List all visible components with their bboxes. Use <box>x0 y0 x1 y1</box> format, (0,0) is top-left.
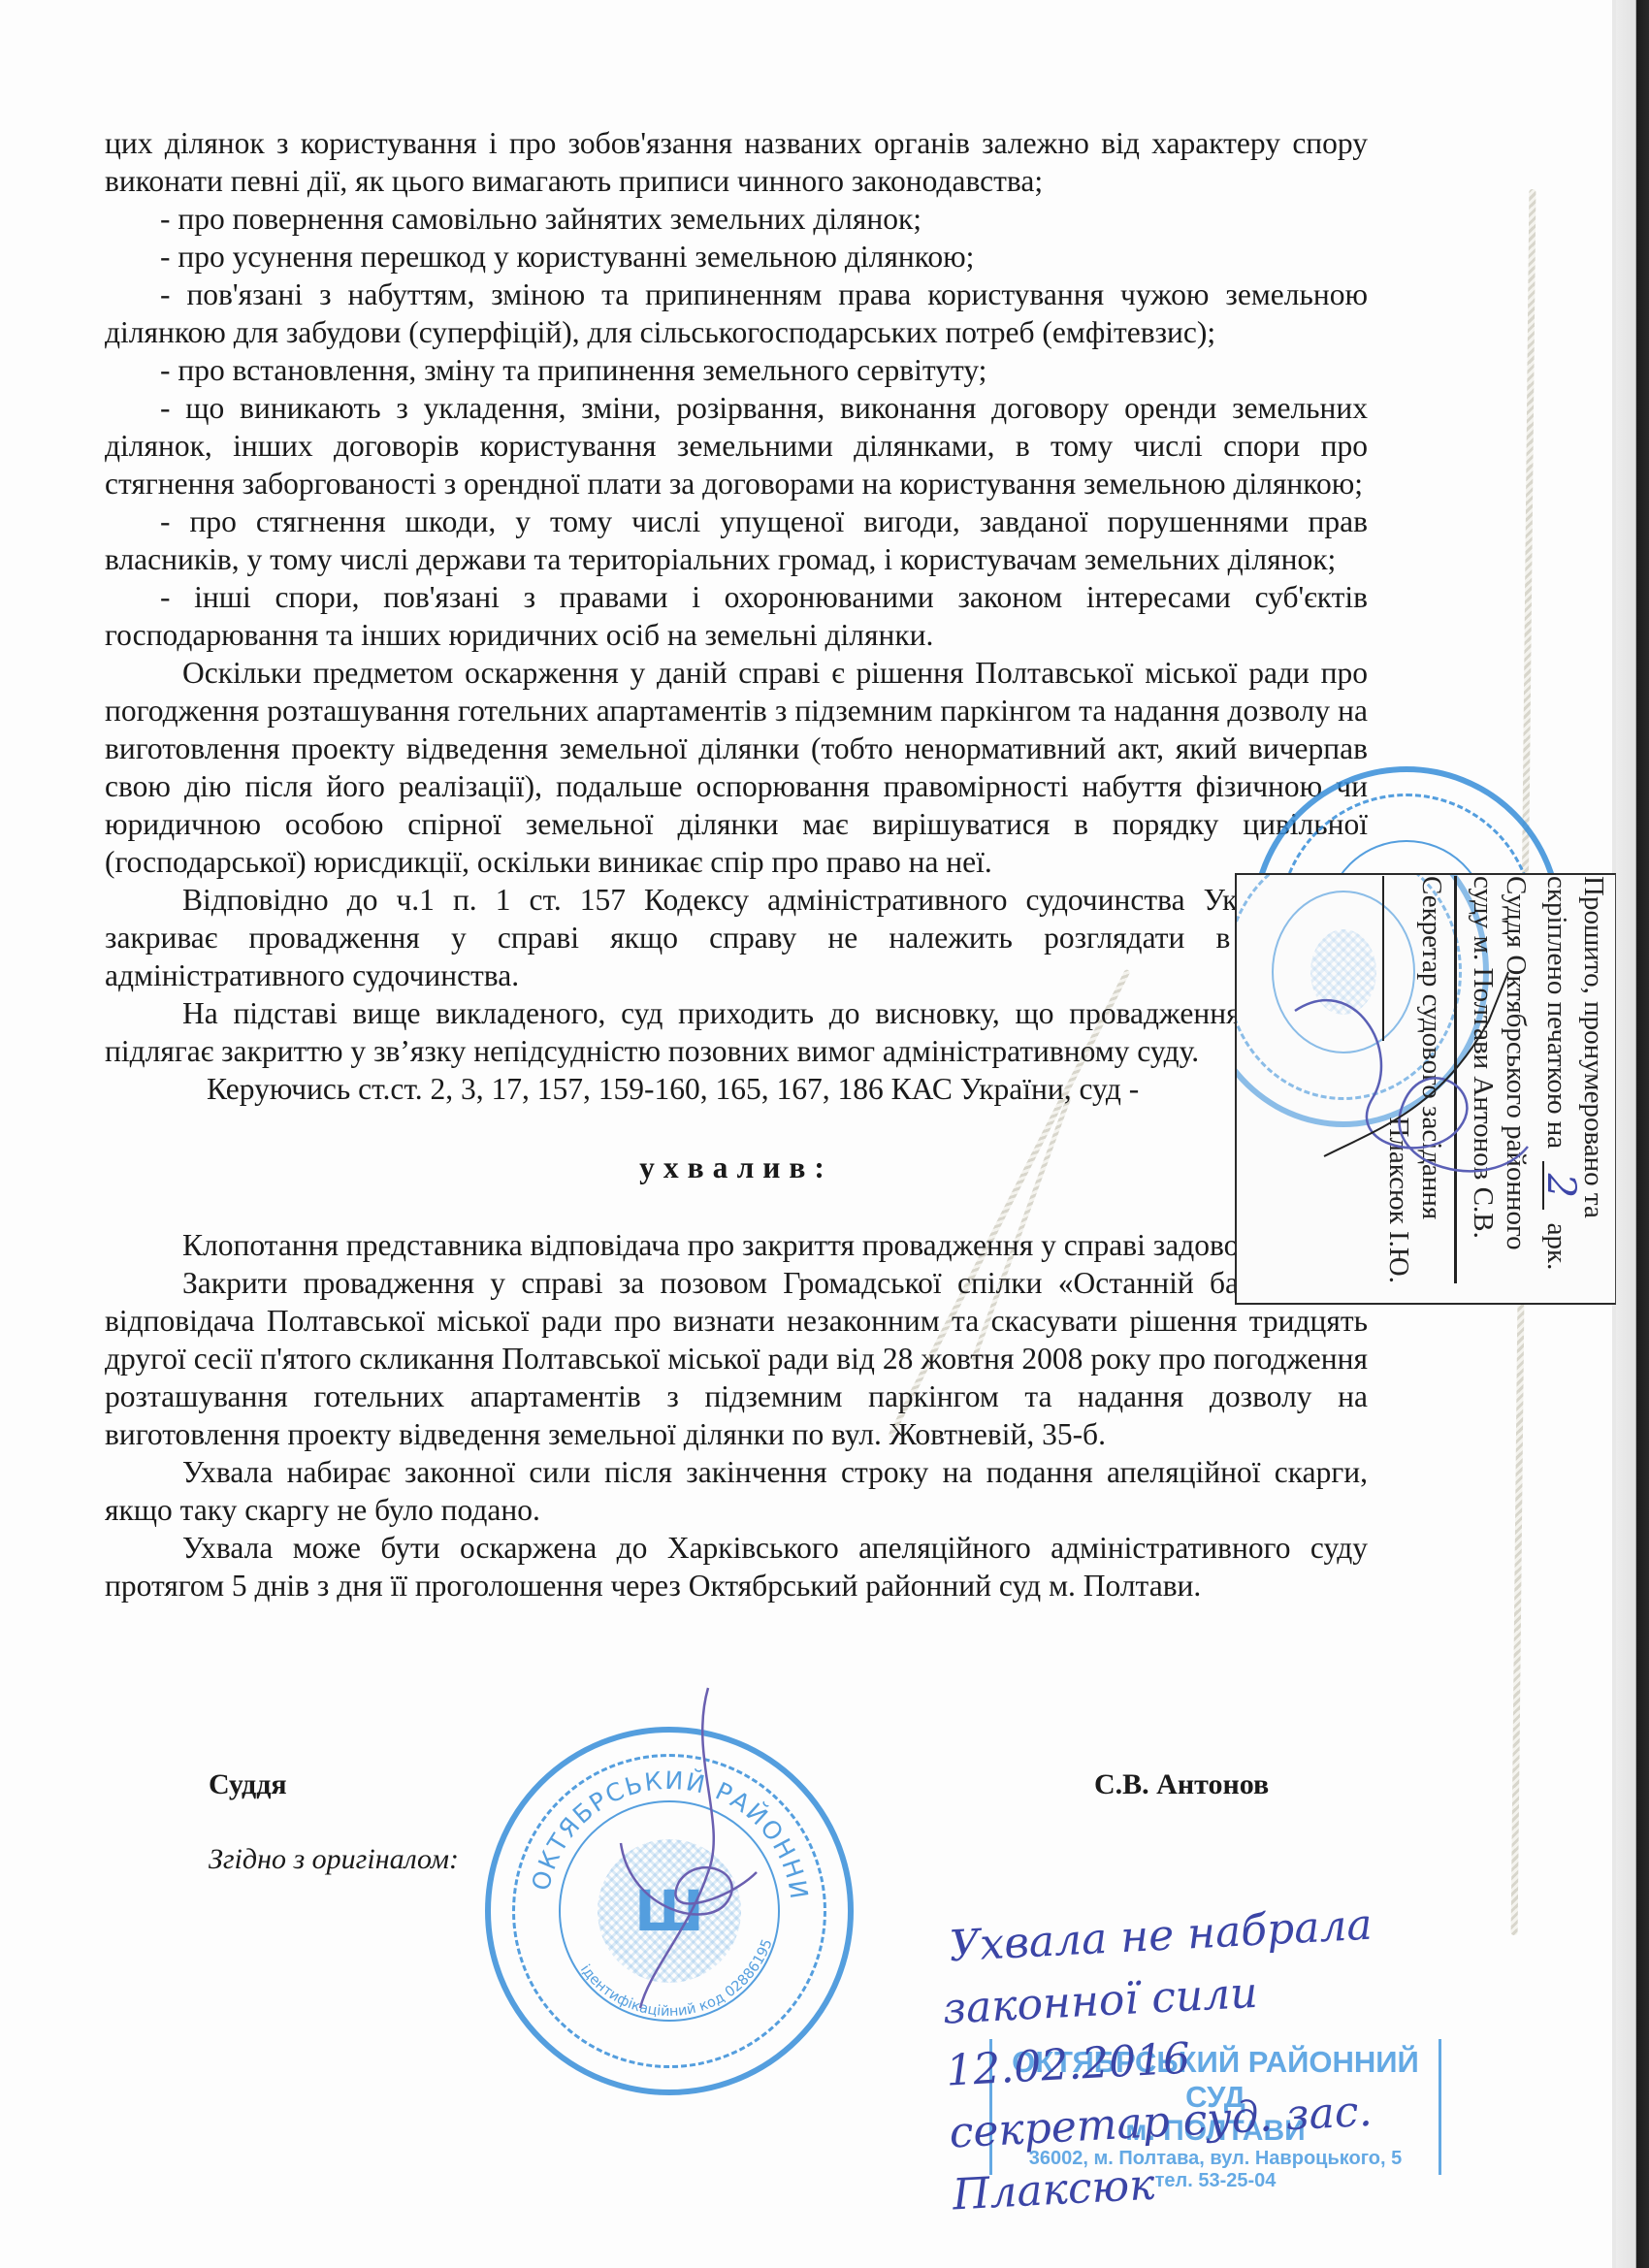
list-item: - про стягнення шкоди, у тому числі упущ… <box>105 502 1368 578</box>
secretary-signature-line <box>1382 876 1415 1041</box>
binding-certification-label: Прошито, пронумеровано та скріплено печа… <box>1235 873 1616 1305</box>
court-seal-bottom-icon: Ш ОКТЯБРСЬКИЙ РАЙОННИЙ СУД М. ПОЛТАВИ ід… <box>485 1727 854 2095</box>
label-line: Прошито, пронумеровано та <box>1577 876 1610 1303</box>
list-item: - інші спори, пов'язані з правами і охор… <box>105 578 1368 654</box>
copy-certification: Згідно з оригіналом: <box>209 1843 459 1876</box>
list-item: - пов'язані з набуттям, зміною та припин… <box>105 275 1368 351</box>
paragraph: На підставі вище викладеного, суд приход… <box>105 994 1368 1070</box>
handwritten-annotation: Ухвала не набрала законної сили 12.02.20… <box>938 1887 1536 2227</box>
list-item: - про усунення перешкод у користуванні з… <box>105 238 1368 275</box>
secretary-name: Плаксюк І.Ю. <box>1382 1117 1415 1283</box>
paragraph: Керуючись ст.ст. 2, 3, 17, 157, 159-160,… <box>105 1070 1368 1108</box>
ruling-heading: ухвалив: <box>105 1149 1368 1186</box>
list-item: - що виникають з укладення, зміни, розір… <box>105 389 1368 502</box>
signature-title: Суддя <box>209 1768 287 1801</box>
divider <box>1454 876 1457 1283</box>
document-body: цих ділянок з користування і про зобов'я… <box>105 124 1368 1604</box>
list-item: - про встановлення, зміну та припинення … <box>105 351 1368 389</box>
svg-text:ОКТЯБРСЬКИЙ РАЙОННИЙ СУД М. ПО: ОКТЯБРСЬКИЙ РАЙОННИЙ СУД М. ПОЛТАВИ <box>491 1733 814 1902</box>
label-line: арк. <box>1541 1222 1572 1270</box>
list-item: - про повернення самовільно зайнятих зем… <box>105 200 1368 238</box>
decision-paragraph: Клопотання представника відповідача про … <box>105 1226 1368 1264</box>
decision-paragraph: Закрити провадження у справі за позовом … <box>105 1264 1368 1453</box>
label-line: скріплено печаткою на <box>1541 876 1572 1149</box>
judge-line: суду м. Полтави Антонов С.В. <box>1467 876 1500 1303</box>
scan-edge <box>1616 0 1649 2268</box>
paragraph: Оскільки предметом оскарження у даній сп… <box>105 654 1368 881</box>
signature-name: С.В. Антонов <box>1094 1768 1269 1801</box>
paragraph: цих ділянок з користування і про зобов'я… <box>105 124 1368 200</box>
svg-text:ідентифікаційний код 02886195: ідентифікаційний код 02886195 <box>577 1937 776 2020</box>
decision-paragraph: Ухвала набирає законної сили після закін… <box>105 1453 1368 1529</box>
judge-line: Суддя Октябрського районного <box>1500 876 1533 1303</box>
decision-paragraph: Ухвала може бути оскаржена до Харківсько… <box>105 1529 1368 1604</box>
sheet-count: 2 <box>1542 1161 1577 1210</box>
paragraph: Відповідно до ч.1 п. 1 ст. 157 Кодексу а… <box>105 881 1368 994</box>
secretary-label: Секретар судового засідання <box>1415 876 1448 1303</box>
